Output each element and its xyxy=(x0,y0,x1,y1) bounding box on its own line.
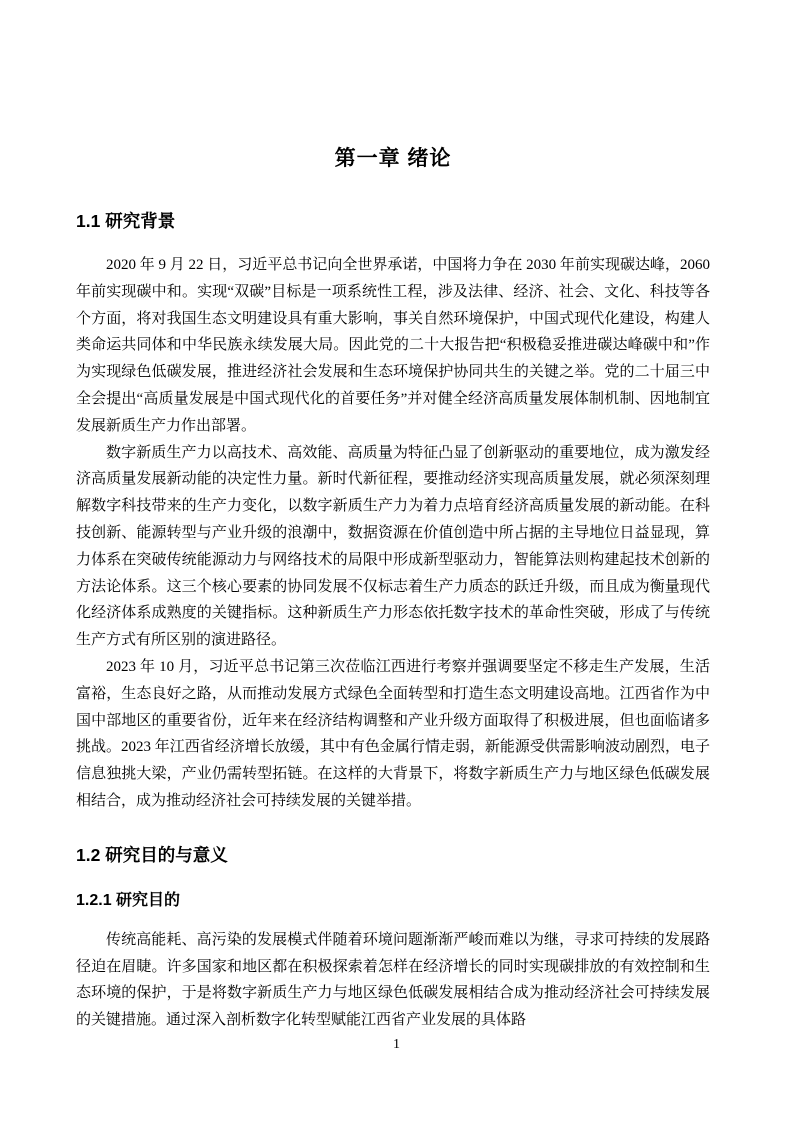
document-page: 第一章 绪论 1.1 研究背景 2020 年 9 月 22 日，习近平总书记向全… xyxy=(0,0,793,1122)
page-number: 1 xyxy=(0,1036,793,1054)
paragraph-research-background-2: 数字新质生产力以高技术、高效能、高质量为特征凸显了创新驱动的重要地位，成为激发经… xyxy=(76,440,710,654)
section-heading-1-2: 1.2 研究目的与意义 xyxy=(76,843,710,867)
paragraph-research-background-1: 2020 年 9 月 22 日，习近平总书记向全世界承诺，中国将力争在 2030… xyxy=(76,252,710,440)
paragraph-research-purpose-1: 传统高能耗、高污染的发展模式伴随着环境问题渐渐严峻而难以为继，寻求可持续的发展路… xyxy=(76,927,710,1034)
page-text-block: 第一章 绪论 1.1 研究背景 2020 年 9 月 22 日，习近平总书记向全… xyxy=(76,146,710,1034)
chapter-title: 第一章 绪论 xyxy=(76,146,710,172)
paragraph-research-background-3: 2023 年 10 月，习近平总书记第三次莅临江西进行考察并强调要坚定不移走生产… xyxy=(76,654,710,815)
section-heading-1-2-1: 1.2.1 研究目的 xyxy=(76,890,710,912)
section-heading-1-1: 1.1 研究背景 xyxy=(76,209,710,233)
